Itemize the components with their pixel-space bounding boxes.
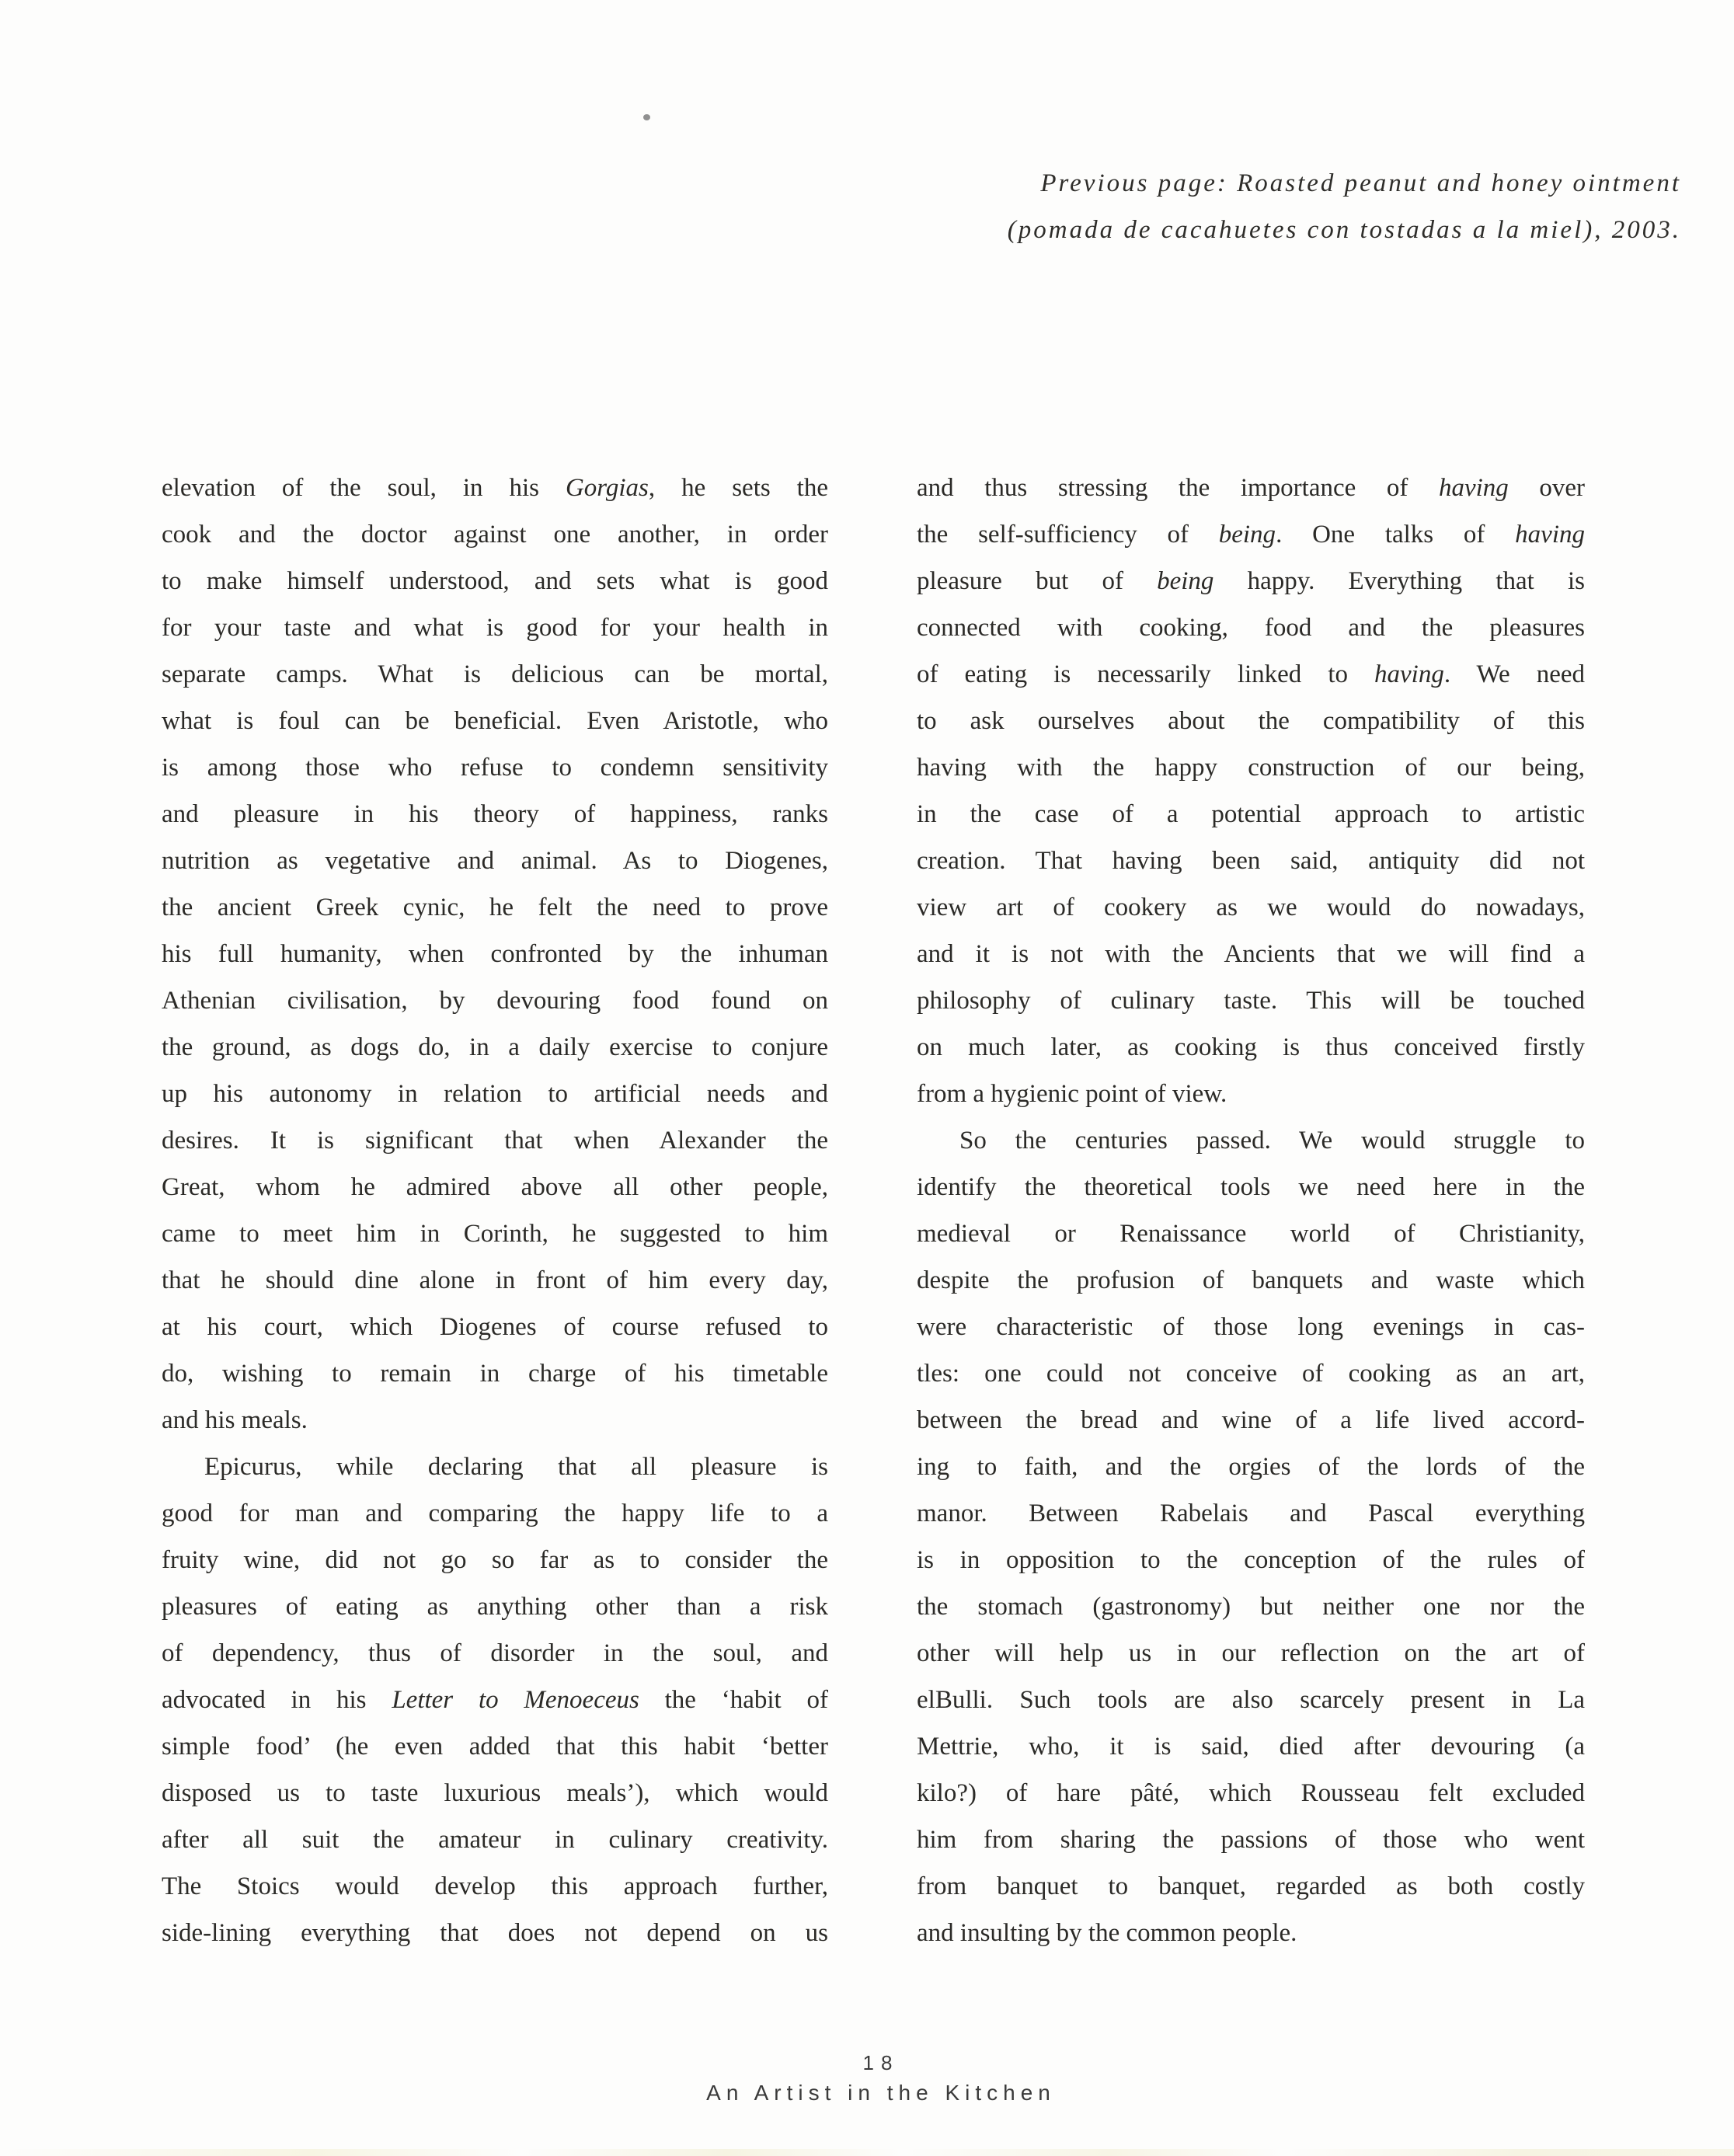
text-line: the ancient Greek cynic, he felt the nee… bbox=[162, 884, 828, 931]
text-line: of dependency, thus of disorder in the s… bbox=[162, 1630, 828, 1677]
text-line: Epicurus, while declaring that all pleas… bbox=[162, 1444, 828, 1490]
text-line: were characteristic of those long evenin… bbox=[917, 1304, 1585, 1350]
text-line: So the centuries passed. We would strugg… bbox=[917, 1117, 1585, 1164]
caption-line-2: (pomada de cacahuetes con tostadas a la … bbox=[1008, 207, 1681, 253]
text-line: philosophy of culinary taste. This will … bbox=[917, 977, 1585, 1024]
left-text-column: elevation of the soul, in his Gorgias, h… bbox=[162, 465, 828, 1956]
text-line: to make himself understood, and sets wha… bbox=[162, 558, 828, 604]
text-line: good for man and comparing the happy lif… bbox=[162, 1490, 828, 1537]
text-line: having with the happy construction of ou… bbox=[917, 744, 1585, 791]
text-line: and insulting by the common people. bbox=[917, 1910, 1585, 1956]
right-text-column: and thus stressing the importance of hav… bbox=[917, 465, 1585, 1956]
text-line: the ground, as dogs do, in a daily exerc… bbox=[162, 1024, 828, 1071]
text-line: Great, whom he admired above all other p… bbox=[162, 1164, 828, 1210]
text-line: view art of cookery as we would do nowad… bbox=[917, 884, 1585, 931]
text-line: is among those who refuse to condemn sen… bbox=[162, 744, 828, 791]
text-line: separate camps. What is delicious can be… bbox=[162, 651, 828, 698]
text-line: to ask ourselves about the compatibility… bbox=[917, 698, 1585, 744]
text-line: pleasures of eating as anything other th… bbox=[162, 1583, 828, 1630]
text-line: disposed us to taste luxurious meals’), … bbox=[162, 1770, 828, 1816]
text-line: tles: one could not conceive of cooking … bbox=[917, 1350, 1585, 1397]
text-line: side-lining everything that does not dep… bbox=[162, 1910, 828, 1956]
text-line: the self-sufficiency of being. One talks… bbox=[917, 511, 1585, 558]
text-line: kilo?) of hare pâté, which Rousseau felt… bbox=[917, 1770, 1585, 1816]
text-line: creation. That having been said, antiqui… bbox=[917, 838, 1585, 884]
text-line: despite the profusion of banquets and wa… bbox=[917, 1257, 1585, 1304]
running-title: An Artist in the Kitchen bbox=[14, 2078, 1734, 2109]
text-line: identify the theoretical tools we need h… bbox=[917, 1164, 1585, 1210]
text-line: advocated in his Letter to Menoeceus the… bbox=[162, 1677, 828, 1723]
text-line: the stomach (gastronomy) but neither one… bbox=[917, 1583, 1585, 1630]
text-line: connected with cooking, food and the ple… bbox=[917, 604, 1585, 651]
text-line: from banquet to banquet, regarded as bot… bbox=[917, 1863, 1585, 1910]
text-line: medieval or Renaissance world of Christi… bbox=[917, 1210, 1585, 1257]
text-line: The Stoics would develop this approach f… bbox=[162, 1863, 828, 1910]
text-line: after all suit the amateur in culinary c… bbox=[162, 1816, 828, 1863]
text-line: of eating is necessarily linked to havin… bbox=[917, 651, 1585, 698]
page-footer: 18 An Artist in the Kitchen bbox=[14, 2050, 1734, 2109]
text-line: simple food’ (he even added that this ha… bbox=[162, 1723, 828, 1770]
text-line: elBulli. Such tools are also scarcely pr… bbox=[917, 1677, 1585, 1723]
text-line: up his autonomy in relation to artificia… bbox=[162, 1071, 828, 1117]
book-page: Previous page: Roasted peanut and honey … bbox=[0, 0, 1734, 2156]
next-page-edge-artifact bbox=[0, 2149, 1734, 2156]
print-speck bbox=[643, 114, 650, 120]
text-line: came to meet him in Corinth, he suggeste… bbox=[162, 1210, 828, 1257]
caption-line-1: Previous page: Roasted peanut and honey … bbox=[1008, 160, 1681, 207]
text-line: fruity wine, did not go so far as to con… bbox=[162, 1537, 828, 1583]
text-line: in the case of a potential approach to a… bbox=[917, 791, 1585, 838]
text-line: and it is not with the Ancients that we … bbox=[917, 931, 1585, 977]
page-number: 18 bbox=[14, 2050, 1734, 2076]
text-line: his full humanity, when confronted by th… bbox=[162, 931, 828, 977]
text-line: cook and the doctor against one another,… bbox=[162, 511, 828, 558]
text-line: that he should dine alone in front of hi… bbox=[162, 1257, 828, 1304]
text-line: manor. Between Rabelais and Pascal every… bbox=[917, 1490, 1585, 1537]
text-line: other will help us in our reflection on … bbox=[917, 1630, 1585, 1677]
text-line: elevation of the soul, in his Gorgias, h… bbox=[162, 465, 828, 511]
text-line: pleasure but of being happy. Everything … bbox=[917, 558, 1585, 604]
text-line: at his court, which Diogenes of course r… bbox=[162, 1304, 828, 1350]
text-line: and his meals. bbox=[162, 1397, 828, 1444]
text-line: nutrition as vegetative and animal. As t… bbox=[162, 838, 828, 884]
text-line: Mettrie, who, it is said, died after dev… bbox=[917, 1723, 1585, 1770]
text-line: from a hygienic point of view. bbox=[917, 1071, 1585, 1117]
text-line: him from sharing the passions of those w… bbox=[917, 1816, 1585, 1863]
text-line: for your taste and what is good for your… bbox=[162, 604, 828, 651]
text-line: ing to faith, and the orgies of the lord… bbox=[917, 1444, 1585, 1490]
text-line: do, wishing to remain in charge of his t… bbox=[162, 1350, 828, 1397]
text-line: desires. It is significant that when Ale… bbox=[162, 1117, 828, 1164]
text-line: and pleasure in his theory of happiness,… bbox=[162, 791, 828, 838]
text-line: on much later, as cooking is thus concei… bbox=[917, 1024, 1585, 1071]
text-line: is in opposition to the conception of th… bbox=[917, 1537, 1585, 1583]
text-line: between the bread and wine of a life liv… bbox=[917, 1397, 1585, 1444]
text-line: what is foul can be beneficial. Even Ari… bbox=[162, 698, 828, 744]
text-line: Athenian civilisation, by devouring food… bbox=[162, 977, 828, 1024]
previous-page-caption: Previous page: Roasted peanut and honey … bbox=[1008, 160, 1681, 253]
text-line: and thus stressing the importance of hav… bbox=[917, 465, 1585, 511]
